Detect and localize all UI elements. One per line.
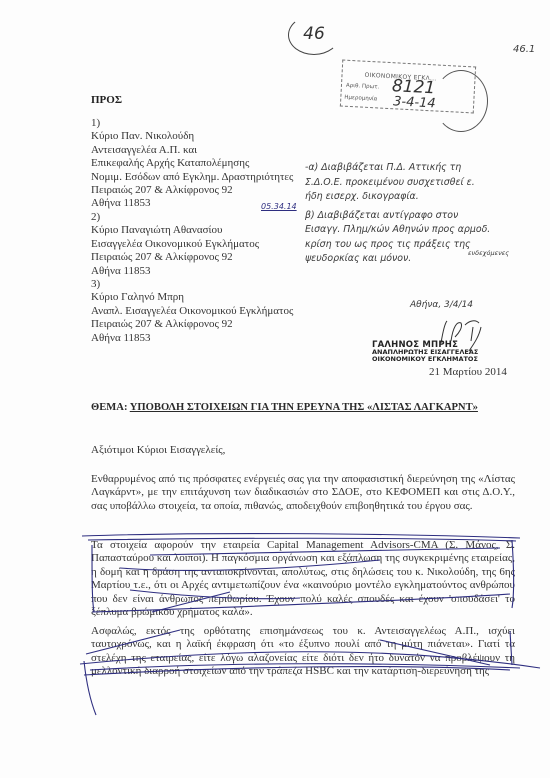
paragraph-text: Ασφαλώς, εκτός της ορθότατης επισημάνσεω… [91, 625, 515, 679]
recipient-line: Πειραιώς 207 & Αλκίφρονος 92 [91, 251, 331, 264]
recipient-index: 3) [91, 278, 331, 291]
recipient-2: 2) Κύριο Παναγιώτη Αθανασίου Εισαγγελέα … [91, 211, 331, 278]
stamp-date-value: 3-4-14 [393, 94, 436, 111]
body-paragraph-1: Ενθαρρυμένος από τις πρόσφατες ενέργειές… [91, 473, 515, 513]
signatory-title-line: ΟΙΚΟΝΟΜΙΚΟΥ ΕΓΚΛΗΜΑΤΟΣ [372, 356, 478, 363]
recipient-line: Επικεφαλής Αρχής Καταπολέμησης [91, 157, 331, 170]
recipient-1: 1) Κύριο Παν. Νικολούδη Αντεισαγγελέα Α.… [91, 117, 331, 211]
greeting: Αξιότιμοι Κύριοι Εισαγγελείς, [91, 444, 225, 457]
recipient-line: Κύριο Παναγιώτη Αθανασίου [91, 224, 331, 237]
recipient-index: 1) [91, 117, 331, 130]
note-line: Σ.Δ.Ο.Ε. προκειμένου συσχετισθεί ε. [305, 176, 545, 191]
note-line: β) Διαβιβάζεται αντίγραφο στον [305, 209, 545, 224]
letter-date: 21 Μαρτίου 2014 [429, 366, 507, 379]
recipient-line: Αναπλ. Εισαγγελέα Οικονομικού Εγκλήματος [91, 305, 331, 318]
note-insert-word: ενδεχόμενες [468, 249, 509, 257]
recipient-line: Αθήνα 11853 [91, 332, 331, 345]
recipient-line: Πειραιώς 207 & Αλκίφρονος 92 [91, 184, 331, 197]
recipient-line: Κύριο Γαληνό Μπρη [91, 291, 331, 304]
body-paragraph-2: Τα στοιχεία αφορούν την εταιρεία Capital… [91, 539, 515, 619]
registry-stamp: ΟΙΚΟΝΟΜΙΚΟΥ ΕΓΚΛ... Αριθ. Πρωτ. 8121 Ημε… [340, 60, 476, 114]
paragraph-text: Τα στοιχεία αφορούν την εταιρεία Capital… [91, 539, 515, 619]
recipient-line: Νομιμ. Εσόδων από Εγκλημ. Δραστηριότητες [91, 171, 331, 184]
note-date-mark: 05.34.14 [261, 202, 297, 211]
page-reference-annotation: 46.1 [513, 44, 535, 55]
recipients-heading: ΠΡΟΣ [91, 94, 122, 106]
paragraph-text: Ενθαρρυμένος από τις πρόσφατες ενέργειές… [91, 473, 515, 513]
subject-label: ΘΕΜΑ: [91, 402, 127, 413]
note-line: -α) Διαβιβάζεται Π.Δ. Αττικής τη [305, 161, 545, 176]
note-place-date: Αθήνα, 3/4/14 [410, 300, 473, 310]
recipient-line: Κύριο Παν. Νικολούδη [91, 130, 331, 143]
signature-stamp: ΓΑΛΗΝΟΣ ΜΠΡΗΣ ΑΝΑΠΛΗΡΩΤΗΣ ΕΙΣΑΓΓΕΛΕΑΣ ΟΙ… [372, 342, 478, 363]
stamp-date-label: Ημερομηνία [344, 95, 377, 103]
note-line: ήδη εισερχ. δικογραφία. [305, 190, 545, 205]
recipient-line: Πειραιώς 207 & Αλκίφρονος 92 [91, 318, 331, 331]
recipient-3: 3) Κύριο Γαληνό Μπρη Αναπλ. Εισαγγελέα Ο… [91, 278, 331, 345]
subject-text: ΥΠΟΒΟΛΗ ΣΤΟΙΧΕΙΩΝ ΓΙΑ ΤΗΝ ΕΡΕΥΝΑ ΤΗΣ «ΛΙ… [130, 402, 478, 413]
recipient-line: Εισαγγελέα Οικονομικού Εγκλήματος [91, 238, 331, 251]
recipient-line: Αθήνα 11853 [91, 265, 331, 278]
note-line: Εισαγγ. Πλημ/κών Αθηνών προς αρμοδ. [305, 223, 545, 238]
recipient-line: Αντεισαγγελέα Α.Π. και [91, 144, 331, 157]
body-paragraph-3: Ασφαλώς, εκτός της ορθότατης επισημάνσεω… [91, 625, 515, 679]
stamp-protocol-label: Αριθ. Πρωτ. [346, 83, 380, 91]
recipient-index: 2) [91, 211, 331, 224]
subject-line: ΘΕΜΑ: ΥΠΟΒΟΛΗ ΣΤΟΙΧΕΙΩΝ ΓΙΑ ΤΗΝ ΕΡΕΥΝΑ Τ… [91, 402, 478, 413]
scanned-letter-page: 46 46.1 ΟΙΚΟΝΟΜΙΚΟΥ ΕΓΚΛ... Αριθ. Πρωτ. … [0, 0, 550, 778]
page-number-annotation: 46 [288, 15, 340, 55]
